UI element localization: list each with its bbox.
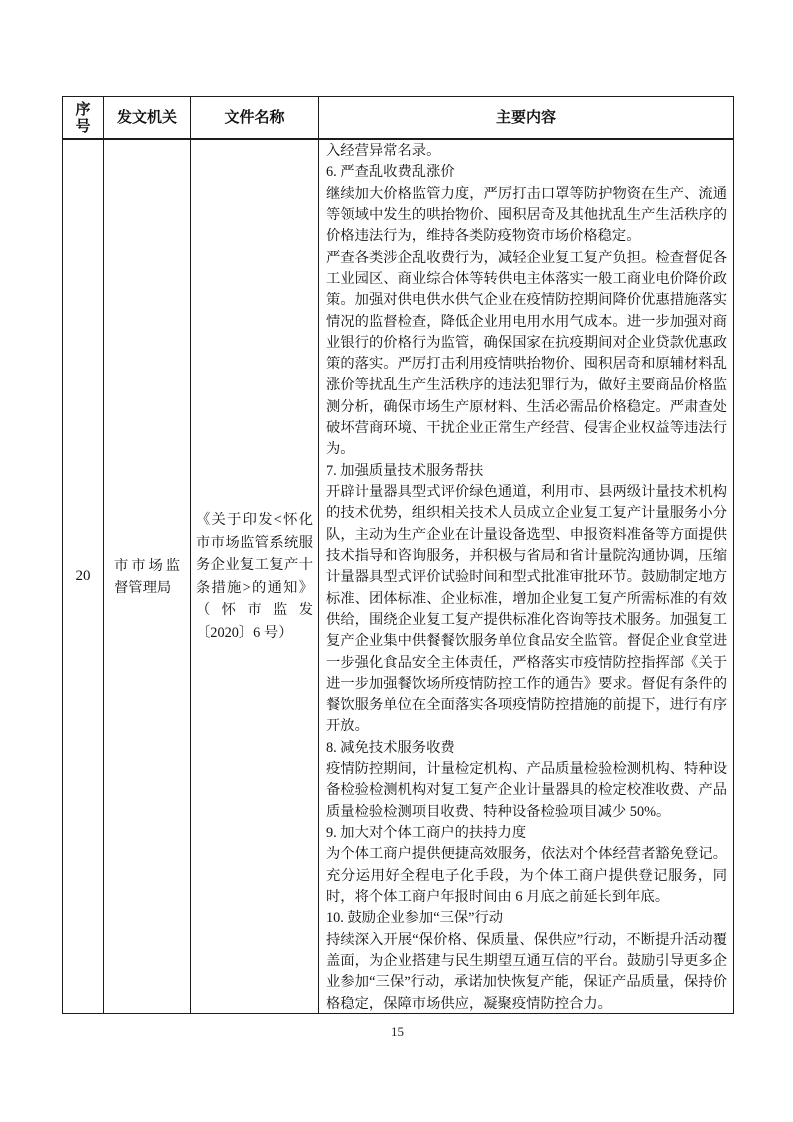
table-header-row: 序 号 发文机关 文件名称 主要内容 [63,97,734,140]
content-paragraph: 开辟计量器具型式评价绿色通道，利用市、县两级计量技术机构的技术优势，组织相关技术… [326,482,727,738]
content-paragraph: 持续深入开展“保价格、保质量、保供应”行动，不断提升活动覆盖面，为企业搭建与民生… [326,930,727,1013]
main-content-cell: 入经营异常名录。 6. 严查乱收费乱涨价 继续加大价格监管力度，严厉打击口罩等防… [319,139,734,1014]
page-number: 15 [62,1024,733,1040]
content-paragraph: 7. 加强质量技术服务帮扶 [326,461,727,482]
content-paragraph: 疫情防控期间，计量检定机构、产品质量检验检测机构、特种设备检验检测机构对复工复产… [326,759,727,823]
content-paragraph: 继续加大价格监管力度，严厉打击口罩等防护物资在生产、流通等领域中发生的哄抬物价、… [326,184,727,248]
document-page: 序 号 发文机关 文件名称 主要内容 20 市市场监督管理局 《关于印发<怀化市… [0,0,793,1122]
issuing-authority-text: 市市场监督管理局 [114,555,180,599]
serial-number-cell: 20 [63,139,104,1014]
document-name-cell: 《关于印发<怀化市市场监管系统服务企业复工复产十条措施>的通知》（怀市监发〔20… [191,139,319,1014]
header-serial-number: 序 号 [63,97,104,140]
header-main-content: 主要内容 [319,97,734,140]
header-document-name: 文件名称 [191,97,319,140]
content-paragraph: 6. 严查乱收费乱涨价 [326,162,727,183]
content-paragraph: 严查各类涉企乱收费行为，减轻企业复工复产负担。检查督促各工业园区、商业综合体等转… [326,248,727,461]
content-paragraph: 为个体工商户提供便捷高效服务，依法对个体经营者豁免登记。充分运用好全程电子化手段… [326,844,727,908]
document-name-text: 《关于印发<怀化市市场监管系统服务企业复工复产十条措施>的通知》（怀市监发〔20… [191,509,318,644]
content-paragraph: 8. 减免技术服务收费 [326,738,727,759]
header-issuing-authority: 发文机关 [104,97,191,140]
issuing-authority-cell: 市市场监督管理局 [104,139,191,1014]
content-paragraph: 入经营异常名录。 [326,141,727,162]
content-paragraph: 10. 鼓励企业参加“三保”行动 [326,908,727,929]
content-paragraph: 9. 加大对个体工商户的扶持力度 [326,823,727,844]
main-content-text: 入经营异常名录。 6. 严查乱收费乱涨价 继续加大价格监管力度，严厉打击口罩等防… [319,140,733,1013]
document-table: 序 号 发文机关 文件名称 主要内容 20 市市场监督管理局 《关于印发<怀化市… [62,96,734,1014]
table-row: 20 市市场监督管理局 《关于印发<怀化市市场监管系统服务企业复工复产十条措施>… [63,139,734,1014]
